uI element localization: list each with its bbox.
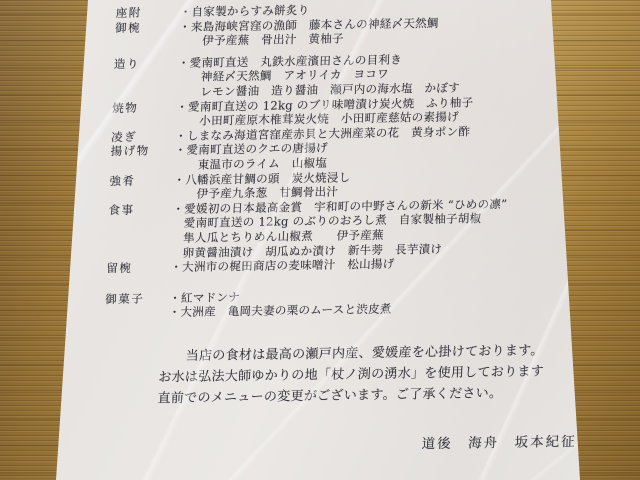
- footer-line: お水は弘法大師ゆかりの地「杖ノ渕の湧水」を使用しております: [158, 361, 565, 388]
- footer-line: 直前でのメニューの変更がございます。ご了承ください。: [157, 382, 564, 409]
- menu-line: ・来島海峡宮窪の漁師 藤本さんの神経〆天然鯛: [179, 13, 577, 34]
- section-label: 造り: [114, 56, 179, 72]
- signature: 道後 海舟 坂本紀征: [421, 435, 562, 452]
- menu-line: 愛南町直送の 12kg のぶりのおろし煮 自家製柚子胡椒: [172, 210, 570, 231]
- section-lines: ・八幡浜産甘鯛の頭 炭火焼浸し 伊予産九条葱 甘鯛骨出汁: [173, 166, 572, 201]
- section-lines: ・愛南町直送の 12kg のブリ味噌漬け炭火焼 ふり柚子 小田町産原木椎茸炭火焼…: [175, 93, 574, 128]
- section-label: 凌ぎ: [111, 129, 176, 145]
- menu-sections: 座附・自家製からすみ餅炙り御椀・来島海峡宮窪の漁師 藤本さんの神経〆天然鯛 伊予…: [104, 0, 577, 321]
- section-lines: ・愛媛初の日本最高金賞 宇和町の中野さんの新米 “ひめの凛” 愛南町直送の 12…: [171, 196, 571, 261]
- menu-line: ・大洲市の梶田商店の麦味噌汁 松山揚げ: [170, 254, 568, 275]
- section-label: 強肴: [109, 173, 174, 189]
- menu-paper-sheet: 座附・自家製からすみ餅炙り御椀・来島海峡宮窪の漁師 藤本さんの神経〆天然鯛 伊予…: [0, 0, 640, 480]
- menu-line: ・大洲産 亀岡夫妻の栗のムースと渋皮煮: [168, 299, 566, 320]
- footer-line: 当店の食材は最高の瀬戸内産、愛媛産を心掛けております。: [159, 340, 566, 367]
- footer-notes: 当店の食材は最高の瀬戸内産、愛媛産を心掛けております。お水は弘法大師ゆかりの地「…: [157, 340, 565, 409]
- section-label: 座附: [115, 5, 180, 21]
- menu-line: ・愛南町直送の 12kg のブリ味噌漬け炭火焼 ふり柚子: [176, 93, 574, 114]
- menu-line: 隼人瓜とちりめん山椒煮 伊予産蕪: [171, 225, 569, 246]
- menu-line: ・愛南町直送 丸鉄水産濱田さんの目利き: [178, 50, 576, 71]
- menu-section-4: 凌ぎ・しまなみ海道宮窪産赤貝と大洲産菜の花 黄身ポン酢: [111, 123, 573, 145]
- menu-section-5: 揚げ物・愛南町直送のクエの唐揚げ 東温市のライム 山椒塩: [110, 137, 573, 173]
- photo-scene: 座附・自家製からすみ餅炙り御椀・来島海峡宮窪の漁師 藤本さんの神経〆天然鯛 伊予…: [0, 0, 640, 480]
- section-label: 揚げ物: [110, 143, 175, 159]
- section-label: 御椀: [115, 20, 180, 36]
- menu-line: 東温市のライム 山椒塩: [174, 152, 572, 173]
- menu-line: レモン醤油 造り醤油 瀬戸内の海水塩 かぼす: [177, 79, 575, 100]
- menu-line: ・自家製からすみ餅炙り: [179, 0, 577, 20]
- menu-line: ・八幡浜産甘鯛の頭 炭火焼浸し: [173, 166, 571, 187]
- menu-line: ・紅マドンナ: [169, 285, 567, 306]
- section-label: 留椀: [106, 260, 171, 276]
- menu-line: ・愛南町直送のクエの唐揚げ: [174, 137, 572, 158]
- menu-section-9: 御菓子・紅マドンナ・大洲産 亀岡夫妻の栗のムースと渋皮煮: [104, 285, 567, 321]
- section-lines: ・愛南町直送のクエの唐揚げ 東温市のライム 山椒塩: [174, 137, 573, 172]
- menu-section-8: 留椀・大洲市の梶田商店の麦味噌汁 松山揚げ: [106, 254, 568, 276]
- section-lines: ・しまなみ海道宮窪産赤貝と大洲産菜の花 黄身ポン酢: [175, 123, 573, 144]
- section-lines: ・大洲市の梶田商店の麦味噌汁 松山揚げ: [170, 254, 568, 275]
- menu-section-3: 焼物・愛南町直送の 12kg のブリ味噌漬け炭火焼 ふり柚子 小田町産原木椎茸炭…: [111, 93, 574, 129]
- menu-section-6: 強肴・八幡浜産甘鯛の頭 炭火焼浸し 伊予産九条葱 甘鯛骨出汁: [109, 166, 572, 202]
- menu-section-2: 造り・愛南町直送 丸鉄水産濱田さんの目利き 神経〆天然鯛 アオリイカ ヨコワ レ…: [113, 50, 577, 101]
- section-lines: ・愛南町直送 丸鉄水産濱田さんの目利き 神経〆天然鯛 アオリイカ ヨコワ レモン…: [177, 50, 577, 100]
- menu-line: ・しまなみ海道宮窪産赤貝と大洲産菜の花 黄身ポン酢: [175, 123, 573, 144]
- menu-line: 伊予産九条葱 甘鯛骨出汁: [173, 181, 571, 202]
- menu-line: ・愛媛初の日本最高金賞 宇和町の中野さんの新米 “ひめの凛”: [172, 196, 570, 217]
- section-label: 焼物: [112, 100, 177, 116]
- menu-line: 小田町産原木椎茸炭火焼 小田町産慈姑の素揚げ: [175, 108, 573, 129]
- section-lines: ・自家製からすみ餅炙り: [179, 0, 577, 20]
- section-label: 食事: [108, 202, 173, 218]
- menu-line: 神経〆天然鯛 アオリイカ ヨコワ: [177, 64, 575, 85]
- menu-section-7: 食事・愛媛初の日本最高金賞 宇和町の中野さんの新米 “ひめの凛” 愛南町直送の …: [107, 196, 571, 262]
- menu-section-0: 座附・自家製からすみ餅炙り: [115, 0, 577, 21]
- menu-section-1: 御椀・来島海峡宮窪の漁師 藤本さんの神経〆天然鯛 伊予産蕪 骨出汁 黄柚子: [114, 13, 577, 49]
- menu-line: 伊予産蕪 骨出汁 黄柚子: [178, 28, 576, 49]
- menu-line: 卵黄醤油漬け 胡瓜ぬか漬け 新牛蒡 長芋漬け: [171, 239, 569, 260]
- section-lines: ・来島海峡宮窪の漁師 藤本さんの神経〆天然鯛 伊予産蕪 骨出汁 黄柚子: [178, 13, 577, 48]
- menu-content: 座附・自家製からすみ餅炙り御椀・来島海峡宮窪の漁師 藤本さんの神経〆天然鯛 伊予…: [99, 0, 577, 457]
- section-lines: ・紅マドンナ・大洲産 亀岡夫妻の栗のムースと渋皮煮: [168, 285, 567, 320]
- section-label: 御菓子: [105, 291, 170, 307]
